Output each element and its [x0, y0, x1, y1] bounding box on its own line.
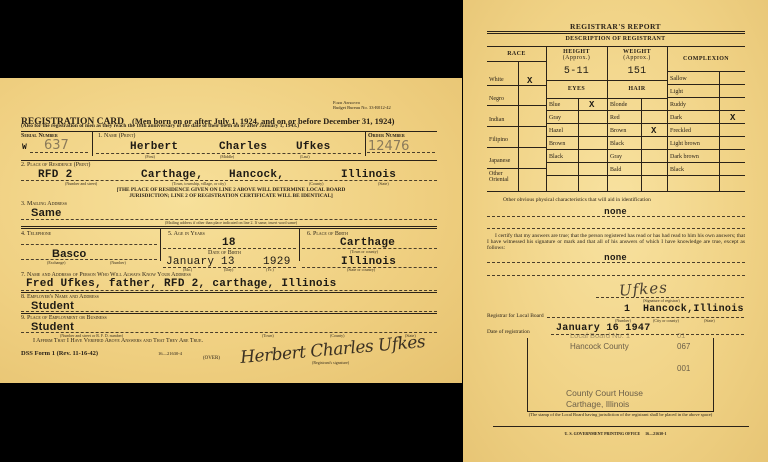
registration-date-label: Date of registration	[487, 329, 530, 335]
employment-county-caption: (County)	[330, 334, 344, 338]
form-approved-block: Form Approved Budget Bureau No. 33-R012-…	[333, 100, 391, 110]
weight-header: WEIGHT (Approx.)	[607, 49, 667, 61]
report-title: REGISTRAR'S REPORT	[463, 22, 768, 31]
serial-number-value[interactable]: 637	[44, 138, 69, 153]
complexion-header: COMPLEXION	[667, 56, 745, 62]
other-characteristics-label: Other obvious physical characteristics t…	[503, 197, 651, 203]
race-white: White	[489, 77, 504, 83]
race-negro: Negro	[489, 96, 504, 102]
birthplace-state-caption: (State or country)	[347, 268, 375, 272]
hair-gray: Gray	[610, 154, 622, 160]
complexion-dark-mark[interactable]: X	[730, 113, 735, 123]
board-number[interactable]: 1	[624, 304, 630, 315]
stamp-line1: Local Board No. 1	[570, 331, 630, 340]
eyes-black: Black	[549, 154, 563, 160]
telephone-exchange-caption: (Exchange)	[47, 261, 65, 265]
other-characteristics-value[interactable]: none	[463, 206, 768, 216]
contact-value[interactable]: Fred Ufkes, father, RFD 2, carthage, Ill…	[26, 278, 337, 290]
race-filipino: Filipino	[489, 137, 508, 143]
age-label: 5. Age in Years	[168, 231, 205, 238]
exceptions-value[interactable]: none	[463, 252, 768, 262]
local-board-stamp: Local Board No. 1 01 Hancock County 067 …	[527, 338, 714, 412]
race-header: RACE	[487, 51, 546, 57]
card-subtitle: (Also for the registration of men as the…	[21, 123, 299, 129]
hair-blonde: Blonde	[610, 102, 627, 108]
registration-card-front: Form Approved Budget Bureau No. 33-R012-…	[0, 78, 462, 383]
complexion-light: Light	[670, 89, 683, 95]
name-first-caption: (First)	[145, 155, 155, 159]
eyes-header: EYES	[546, 86, 607, 92]
eyes-gray: Gray	[549, 115, 561, 121]
registrar-report-back: REGISTRAR'S REPORT DESCRIPTION OF REGIST…	[463, 0, 768, 462]
telephone-label: 4. Telephone	[21, 231, 51, 238]
telephone-number-caption: (Number)	[110, 261, 126, 265]
board-city-caption: (City or county)	[653, 319, 679, 323]
stamp-caption: (The stamp of the Local Board having jur…	[523, 412, 718, 417]
complexion-sallow: Sallow	[670, 76, 687, 82]
stamp-line2-code: 067	[677, 342, 690, 351]
weight-header-sub: (Approx.)	[607, 55, 667, 61]
dob-year-caption: (Yr.)	[266, 268, 274, 272]
eyes-brown: Brown	[549, 141, 565, 147]
stamp-line3-code: 001	[677, 364, 690, 373]
eyes-blue-mark[interactable]: X	[589, 100, 594, 110]
complexion-black: Black	[670, 167, 684, 173]
name-middle-caption: (Middle)	[220, 155, 234, 159]
birthplace-town-caption: (Town or county)	[350, 250, 378, 254]
weight-value[interactable]: 151	[607, 66, 667, 77]
board-location[interactable]: Hancock,Illinois	[643, 304, 744, 315]
stamp-line4: County Court House	[566, 388, 643, 398]
hair-black: Black	[610, 141, 624, 147]
name-label: 1. Name (Print)	[98, 133, 135, 140]
name-last-caption: (Last)	[300, 155, 310, 159]
registrar-label: Registrar for Local Board	[487, 313, 544, 319]
hair-red: Red	[610, 115, 620, 121]
employment-town-caption: (Town)	[262, 334, 274, 338]
complexion-freckled: Freckled	[670, 128, 691, 134]
eyes-blue: Blue	[549, 102, 560, 108]
hair-brown-mark[interactable]: X	[651, 126, 656, 136]
hair-brown: Brown	[610, 128, 626, 134]
description-table: RACE HEIGHT (Approx.) WEIGHT (Approx.) C…	[487, 47, 745, 192]
eyes-hazel: Hazel	[549, 128, 563, 134]
complexion-dark: Dark	[670, 115, 682, 121]
serial-prefix: W	[22, 143, 27, 152]
complexion-ruddy: Ruddy	[670, 102, 686, 108]
name-middle[interactable]: Charles	[219, 141, 267, 153]
name-first[interactable]: Herbert	[130, 141, 178, 153]
residence-street-caption: (Number and street)	[65, 182, 97, 186]
dob-day-caption: (Day)	[224, 268, 233, 272]
mailing-address-caption: (Mailing address if other than place ind…	[0, 221, 462, 225]
residence-notice-line2: JURISDICTION; LINE 2 OF REGISTRATION CER…	[0, 193, 462, 199]
hair-bald: Bald	[610, 167, 621, 173]
race-indian: Indian	[489, 117, 504, 123]
race-white-mark[interactable]: X	[527, 76, 532, 86]
certify-text: I certify that my answers are true; that…	[487, 233, 745, 251]
name-last[interactable]: Ufkes	[296, 141, 331, 153]
height-value[interactable]: 5-11	[546, 66, 607, 77]
affirmation-text: I Affirm That I Have Verified Above Answ…	[33, 338, 203, 344]
race-other-oriental: Other Oriental	[489, 171, 519, 183]
race-japanese: Japanese	[489, 158, 510, 164]
complexion-light-brown: Light brown	[670, 141, 700, 147]
residence-state-caption: (State)	[378, 182, 389, 186]
residence-county-caption: (County)	[309, 182, 323, 186]
height-header-sub: (Approx.)	[546, 55, 607, 61]
height-header: HEIGHT (Approx.)	[546, 49, 607, 61]
hair-header: HAIR	[607, 86, 667, 92]
stamp-line2: Hancock County	[570, 342, 629, 351]
budget-bureau-number: Budget Bureau No. 33-R012-42	[333, 105, 391, 110]
over-note: (OVER)	[203, 356, 220, 361]
registrar-signature-caption: (Signature of registrar)	[643, 299, 680, 303]
form-id: DSS Form 1 (Rev. 11-16-42)	[21, 350, 98, 357]
board-state-caption: (State)	[704, 319, 715, 323]
residence-notice: [THE PLACE OF RESIDENCE GIVEN ON LINE 2 …	[0, 187, 462, 199]
printer-line: U. S. GOVERNMENT PRINTING OFFICE 16—2163…	[463, 431, 768, 436]
mailing-address-value[interactable]: Same	[31, 207, 62, 219]
registrant-signature-caption: (Registrant's signature)	[312, 361, 349, 365]
stamp-line1-code: 01	[677, 331, 685, 340]
residence-label: 2. Place of Residence (Print)	[21, 162, 90, 169]
residence-town-caption: (Town, township, village, or city)	[172, 182, 226, 186]
complexion-dark-brown: Dark brown	[670, 154, 699, 160]
section-title: DESCRIPTION OF REGISTRANT	[463, 36, 768, 42]
print-code: 16—21630-4	[158, 351, 182, 356]
stamp-line5: Carthage, Illinois	[566, 399, 629, 409]
